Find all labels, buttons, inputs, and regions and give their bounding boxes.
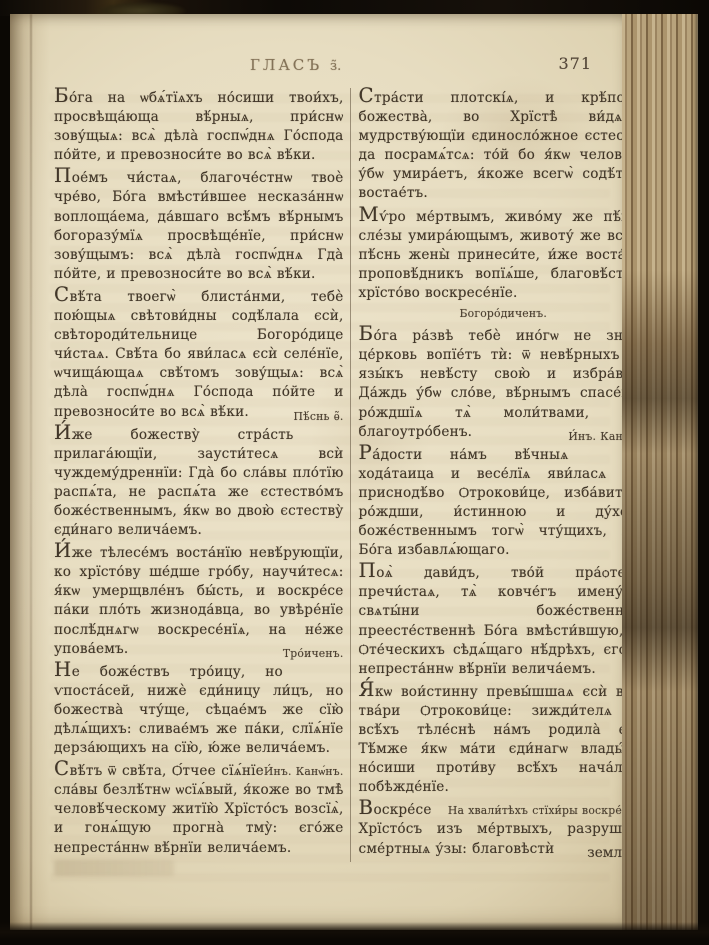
rubric-note: Пѣ́снь ѳ̃. [294,403,344,426]
paragraph: Поѧ̀ дави́дъ, тво́й пра́ѻтецъ, пречи́ста… [359,563,649,679]
paragraph: Не боже́ствъ тро́ицу, но ѵпоста́сей, ниж… [54,662,344,758]
left-column: Бо́га на ѡбѧ́тїѧхъ но́сиши твои́хъ, прос… [54,88,350,862]
paragraph: Пое́мъ чи́стаѧ, благоче́стнѡ твоѐ чре́во… [54,168,344,284]
running-title: ГЛАСЪ з̃. [250,56,341,74]
rubric-note: И́нъ. Канѡ́нъ. [264,758,344,781]
tone-numeral: з̃. [330,59,341,74]
text-block: Бо́га на ѡбѧ́тїѧхъ но́сиши твои́хъ, прос… [54,88,648,862]
paragraph: Мѵ́ро ме́ртвымъ, живо́му же пѣ́нїе: сле́… [359,207,649,324]
paragraph: Стра́сти плотскі́ѧ, и крѣ́пость божества… [359,88,649,204]
rubric-note: На хвали́тѣхъ стїхи́ры воскре́сны. [448,797,648,820]
photo-bottom-shadow [0,922,709,945]
paragraph: Ра́дости на́мъ вѣ́чныѧ хода́таица и весе… [359,445,649,561]
running-title-text: ГЛАСЪ [250,56,322,74]
paragraph: И́же божеству̀ стра́сть прилага́ющїи, за… [54,425,344,541]
paragraph: И́же тѣлесе́мъ воста́нїю невѣ́рующїи, ко… [54,543,344,659]
book-fore-edge [622,14,698,930]
paragraph: Бо́га на ѡбѧ́тїѧхъ но́сиши твои́хъ, прос… [54,88,344,165]
ink-showthrough-mark [54,860,174,876]
rubric-note: Богоро́диченъ. [359,303,649,323]
rubric-note: Тро́иченъ. [283,640,344,663]
previous-page-edge [30,14,32,930]
photo-right-shadow [694,0,709,945]
paragraph: Свѣ́та твоегѡ̀ блиста́нми, тебѐ пою́щыѧ … [54,287,344,422]
right-column: Стра́сти плотскі́ѧ, и крѣ́пость божества… [350,88,649,862]
page-number: 371 [558,54,592,73]
catchword: землѐ [350,845,668,861]
paragraph: Бо́га ра́звѣ тебѐ ино́гѡ не зна́ю, це́рк… [359,326,649,442]
paragraph: Я́кѡ вои́стинну превы́шшаѧ єсѝ всеѧ̀ тва… [359,682,649,798]
page-header: ГЛАСЪ з̃. 371 [54,54,610,80]
book-page: ГЛАСЪ з̃. 371 Бо́га на ѡбѧ́тїѧхъ но́сиши… [10,14,622,930]
